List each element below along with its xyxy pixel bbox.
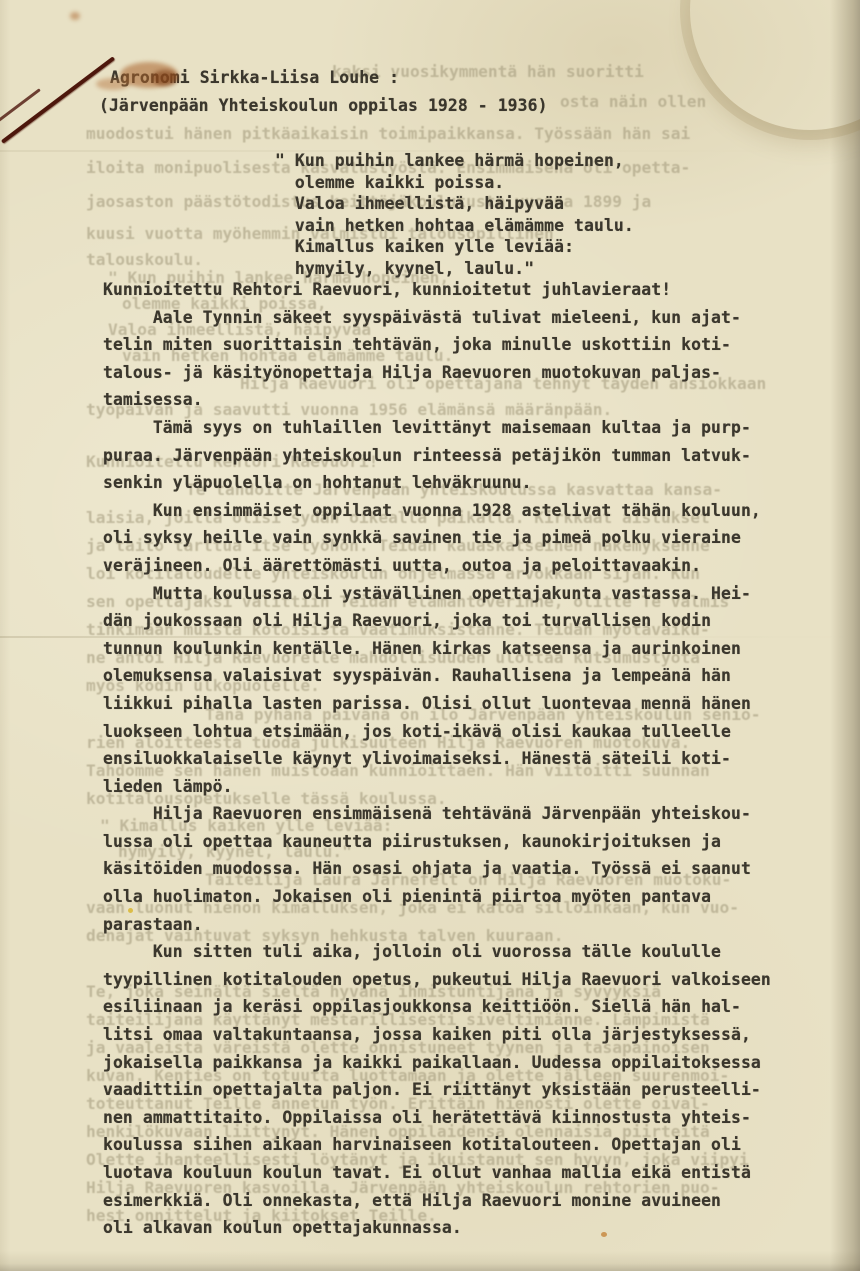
ghost-text-line: muodostui hänen pitkäaikaisin toimipaikk… bbox=[86, 124, 690, 143]
rust-stain bbox=[96, 78, 130, 90]
rusty-pin-mark-icon bbox=[0, 88, 41, 127]
rusty-pin-mark-icon bbox=[1, 56, 115, 143]
ghost-text-line: talouskoulu. bbox=[86, 250, 203, 269]
ghost-text-line: osta näin ollen bbox=[560, 92, 706, 111]
poem-quote: " Kun puihin lankee härmä hopeinen, olem… bbox=[275, 150, 634, 279]
page-curl-shadow bbox=[690, 0, 860, 130]
subtitle-line: (Järvenpään Yhteiskoulun oppilas 1928 - … bbox=[99, 96, 548, 115]
speech-body-text: Kunnioitettu Rehtori Raevuori, kunnioite… bbox=[103, 276, 771, 1242]
paper-speck bbox=[601, 1232, 607, 1237]
scanned-document-page: kaksi vuosikymmentä hän suorittiosta näi… bbox=[0, 0, 860, 1271]
rust-stain bbox=[70, 12, 80, 20]
rust-stain bbox=[152, 70, 178, 86]
paper-speck bbox=[128, 908, 133, 913]
